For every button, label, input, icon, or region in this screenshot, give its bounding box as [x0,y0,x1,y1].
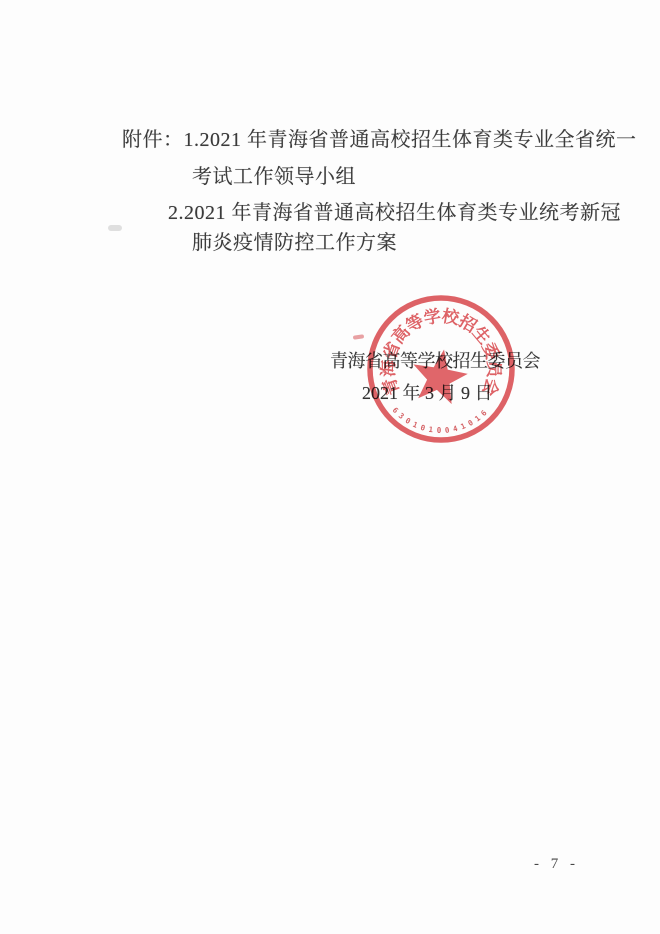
signature-issuer: 青海省高等学校招生委员会 [330,347,540,373]
document-page: 附件：1.2021 年青海省普通高校招生体育类专业全省统一 考试工作领导小组 2… [0,0,660,934]
page-number: - 7 - [534,856,579,873]
attachment-line-4: 肺炎疫情防控工作方案 [192,226,397,255]
attachment-line-3: 2.2021 年青海省普通高校招生体育类专业统考新冠 [168,196,621,225]
scan-smudge-gray [108,225,122,231]
scan-smudge-red [353,334,364,339]
attachment-line-1: 附件：1.2021 年青海省普通高校招生体育类专业全省统一 [122,123,637,152]
signature-date: 2021 年 3 月 9 日 [362,379,493,405]
attachment-line-2: 考试工作领导小组 [192,160,356,189]
seal-code-text: 6301010041016 [391,406,492,435]
